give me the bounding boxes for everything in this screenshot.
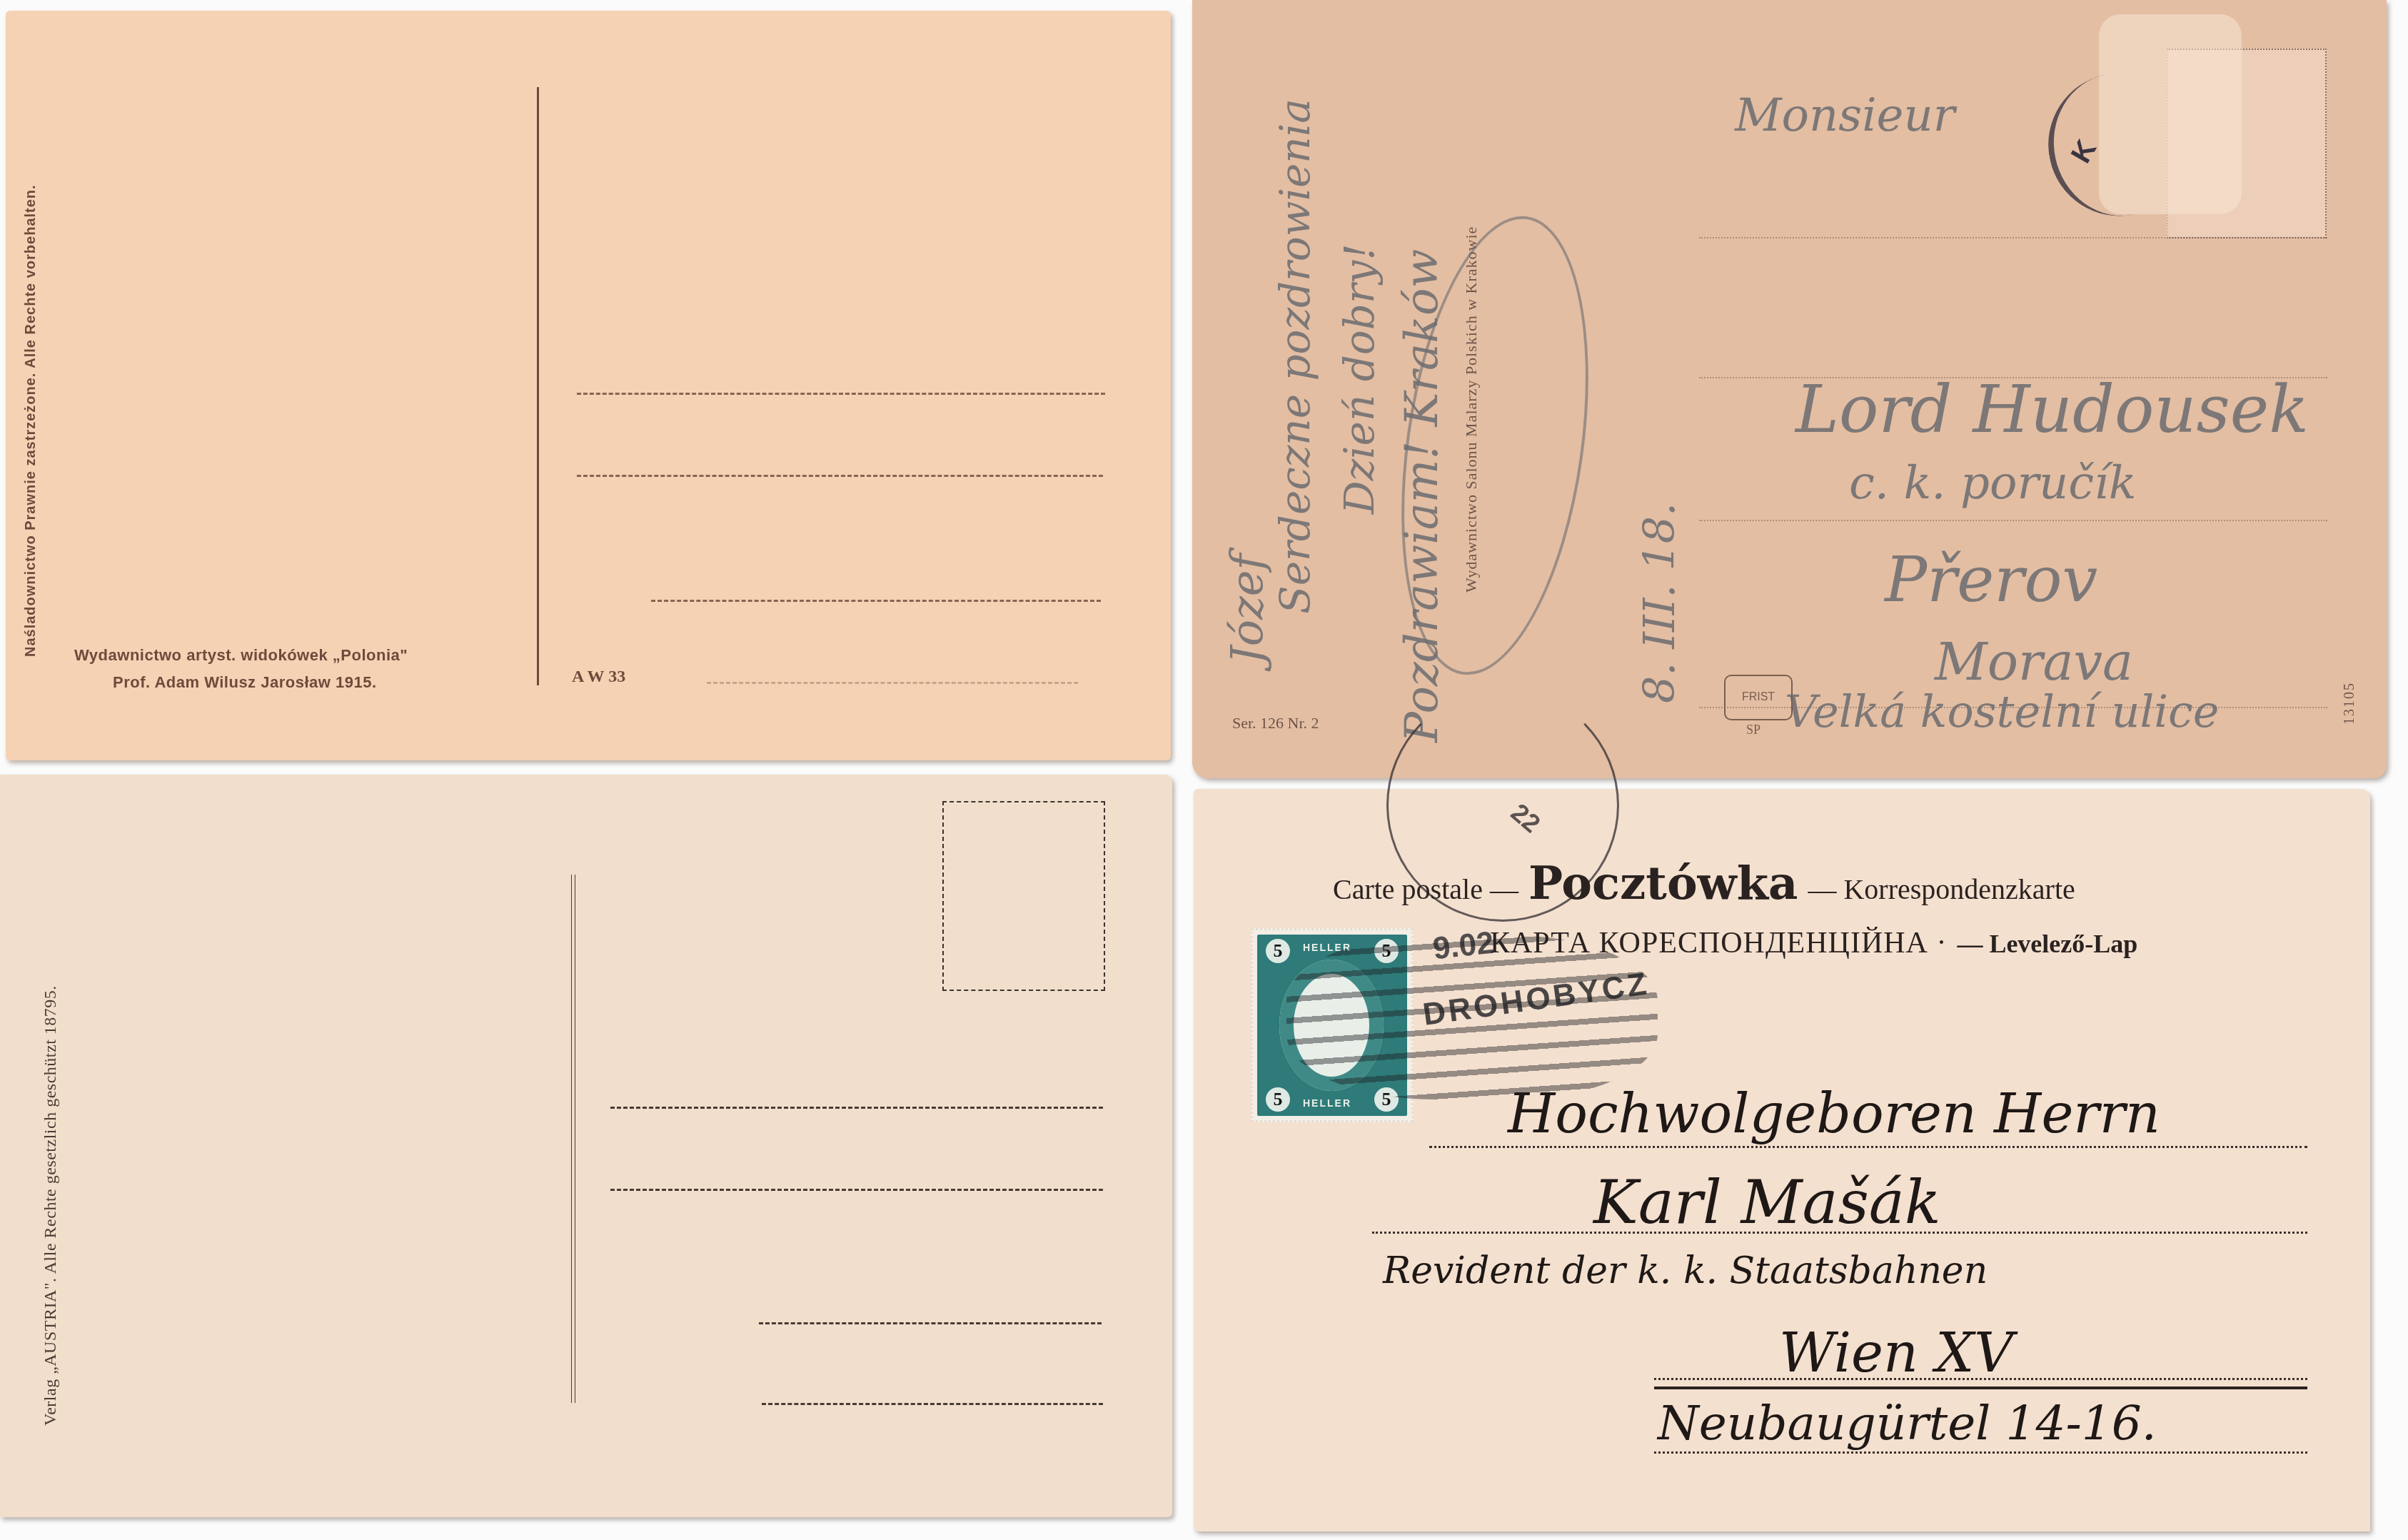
divider-line — [537, 87, 539, 685]
handwritten-address-6: Velká kostelní ulice — [1785, 685, 2219, 738]
stamp-value-tl: 5 — [1266, 939, 1290, 963]
divider-double-line — [571, 875, 575, 1403]
catalog-number: 13105 — [2342, 682, 2358, 725]
copyright-vertical-text: Naśladownictwo Prawnie zastrzeżone. Alle… — [23, 184, 39, 657]
series-label: Ser. 126 Nr. 2 — [1232, 714, 1319, 733]
handwritten-address-1: Hochwolgeboren Herrn — [1508, 1082, 2160, 1145]
address-line-4 — [707, 682, 1078, 684]
postcard-austria: Verlag „AUSTRIA". Alle Rechte gesetzlich… — [0, 775, 1172, 1517]
handwritten-address-4: Přerov — [1885, 543, 2097, 616]
publisher-line-2: Prof. Adam Wilusz Jarosław 1915. — [113, 673, 377, 692]
handwritten-signature: Józef — [1221, 554, 1273, 665]
heading-row: Carte postale — Pocztówka — Korresponden… — [1333, 857, 2075, 910]
address-rule-solid — [1654, 1386, 2307, 1389]
handwritten-address-4: Wien XV — [1779, 1321, 2013, 1384]
address-line-2 — [610, 1189, 1103, 1191]
address-line-4 — [1654, 1451, 2307, 1454]
address-line-1 — [610, 1107, 1103, 1109]
stamp-value-bl: 5 — [1266, 1087, 1290, 1112]
address-line-2 — [577, 475, 1103, 477]
cancellation-date: 9.02 — [1431, 925, 1496, 967]
handwritten-address-2: Karl Mašák — [1593, 1167, 1941, 1237]
handwritten-address-2: Lord Hudousek — [1795, 371, 2309, 448]
publisher-vertical-text: Verlag „AUSTRIA". Alle Rechte gesetzlich… — [41, 985, 61, 1426]
address-line-1 — [1429, 1146, 2307, 1148]
handwritten-address-3: Revident der k. k. Staatsbahnen — [1383, 1249, 1988, 1292]
heading-left: Carte postale — — [1333, 873, 1518, 905]
heading-main: Pocztówka — [1528, 857, 1798, 910]
handwritten-message-1: Dzień dobry! — [1335, 243, 1384, 514]
postcard-polonia: Naśladownictwo Prawnie zastrzeżone. Alle… — [6, 11, 1171, 760]
postcard-pocztowka: 22 Carte postale — Pocztówka — Korrespon… — [1194, 789, 2370, 1531]
address-guide-3 — [1699, 520, 2327, 521]
postcard-krakow: K Wydawnictwo Salonu Malarzy Polskich w … — [1192, 0, 2387, 778]
maker-logo: FRIST — [1724, 675, 1793, 720]
handwritten-date: 8. III. 18. — [1635, 503, 1685, 703]
stamp-box — [942, 801, 1105, 991]
maker-logo-text: FRIST — [1742, 691, 1775, 704]
address-guide-1 — [1699, 237, 2327, 238]
publisher-line-1: Wydawnictwo artyst. widokówek „Polonia" — [74, 646, 408, 665]
handwritten-address-3: c. k. poručík — [1849, 457, 2136, 510]
address-line-1 — [577, 393, 1105, 395]
handwritten-address-5: Neubaugürtel 14-16. — [1658, 1396, 2157, 1451]
address-line-4 — [762, 1403, 1103, 1405]
address-line-3 — [651, 600, 1101, 602]
handwritten-address-1: Monsieur — [1735, 89, 1955, 142]
heading-right: — Korrespondenzkarte — [1808, 873, 2075, 905]
handwritten-message-3: Serdeczne pozdrowienia — [1271, 99, 1319, 614]
subheading-right: — Levelező-Lap — [1957, 930, 2137, 958]
series-code: A W 33 — [572, 668, 625, 687]
maker-monogram: SP — [1746, 723, 1760, 738]
address-line-3 — [759, 1322, 1102, 1324]
stamp-label-bottom: HELLER — [1303, 1097, 1351, 1109]
handwritten-address-5: Morava — [1935, 632, 2133, 692]
